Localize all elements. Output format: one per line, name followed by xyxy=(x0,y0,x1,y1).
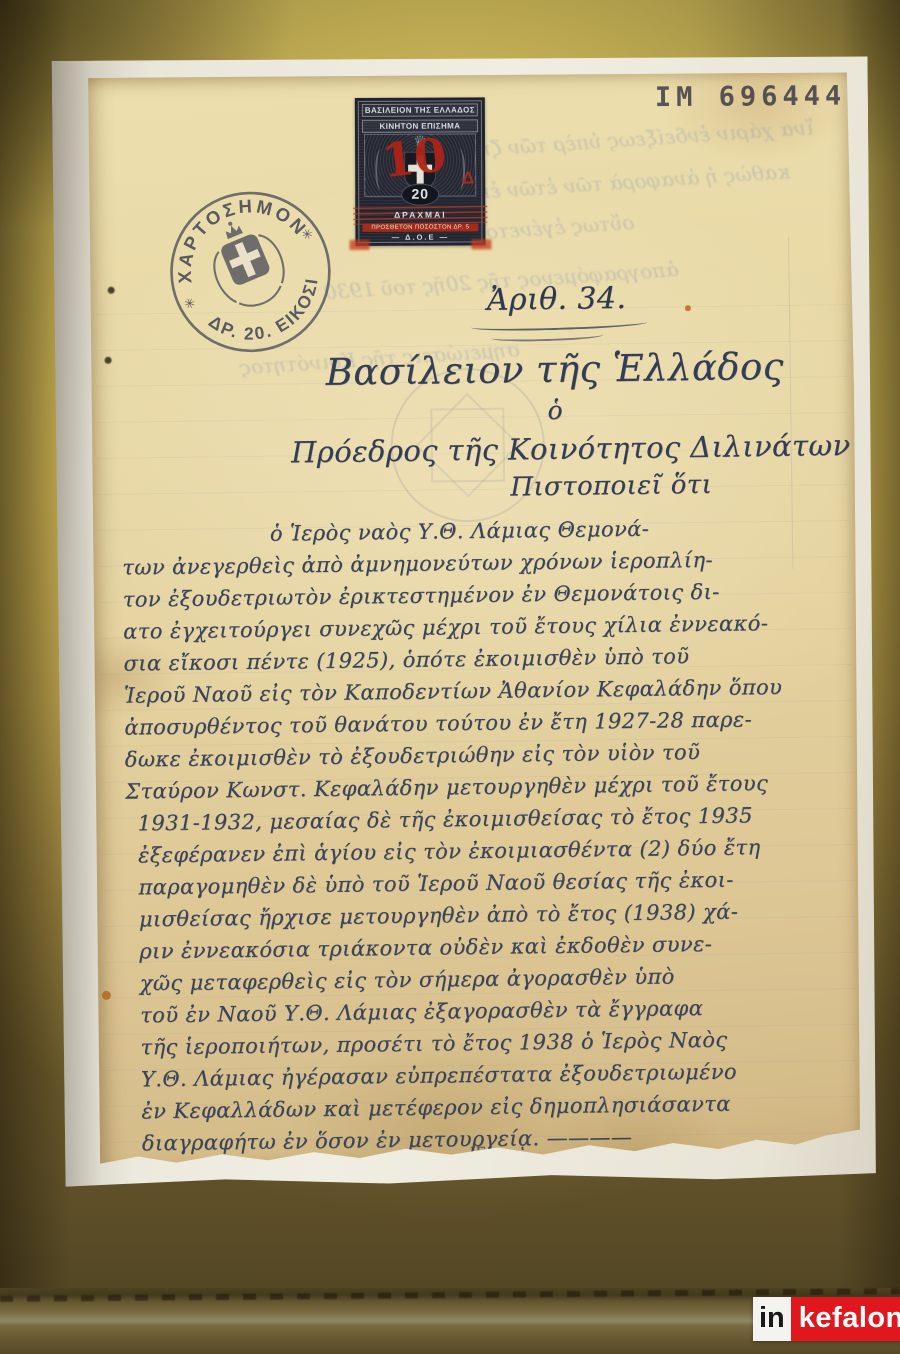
red-ink-smudge xyxy=(471,239,491,249)
watermark-prefix: in xyxy=(753,1297,791,1341)
stamp-country-label: ΒΑΣΙΛΕΙΟΝ ΤΗΣ ΕΛΛΑΔΟΣ xyxy=(362,103,478,117)
rust-stain xyxy=(102,991,111,1000)
kingdom-heading: Βασίλειον τῆς Ἑλλάδος xyxy=(205,343,900,395)
stamp-face-value: 20 xyxy=(401,184,439,206)
bleedthrough-line: οὕτως ἐγένετο xyxy=(485,210,635,244)
stamp-surcharge-label: ΠΡΟΣΘΕΤΟΝ ΠΟΣΟΣΤΟΝ ΔΡ. 5 xyxy=(362,223,478,232)
punch-hole xyxy=(105,357,112,364)
stamp-org-label: — Δ.Ο.Ε — xyxy=(358,232,482,242)
seal-star-left: ✳ xyxy=(182,294,198,312)
site-watermark: in kefalonia xyxy=(753,1297,900,1341)
revenue-stamp: ΒΑΣΙΛΕΙΟΝ ΤΗΣ ΕΛΛΑΔΟΣ ΚΙΝΗΤΟΝ ΕΠΙΣΗΜΑ ♛ … xyxy=(355,97,486,246)
ink-stain xyxy=(685,305,691,311)
seal-star-right: ✳ xyxy=(299,225,315,243)
manuscript-body: ὁ Ἱερὸς ναὸς Υ.Θ. Λάμιας Θεμονά- των ἀνε… xyxy=(122,510,844,1159)
stamp-overprint-delta: Δ xyxy=(462,168,474,188)
punch-hole xyxy=(108,287,115,294)
protocol-number: Ἀριθ. 34. xyxy=(487,281,627,318)
watermark-name: kefalonia xyxy=(791,1297,900,1341)
document-paper: ἵνα χάριν ἐνδείξεως ὑπὲρ τῶν ζητουμένων … xyxy=(86,68,864,1168)
stamp-currency-label: ΔΡΑΧΜΑΙ xyxy=(358,209,482,220)
serial-number: ΙΜ 696444 xyxy=(641,81,846,114)
red-ink-smudge xyxy=(349,240,369,250)
stamp-overprint-value: 10 xyxy=(379,127,449,188)
